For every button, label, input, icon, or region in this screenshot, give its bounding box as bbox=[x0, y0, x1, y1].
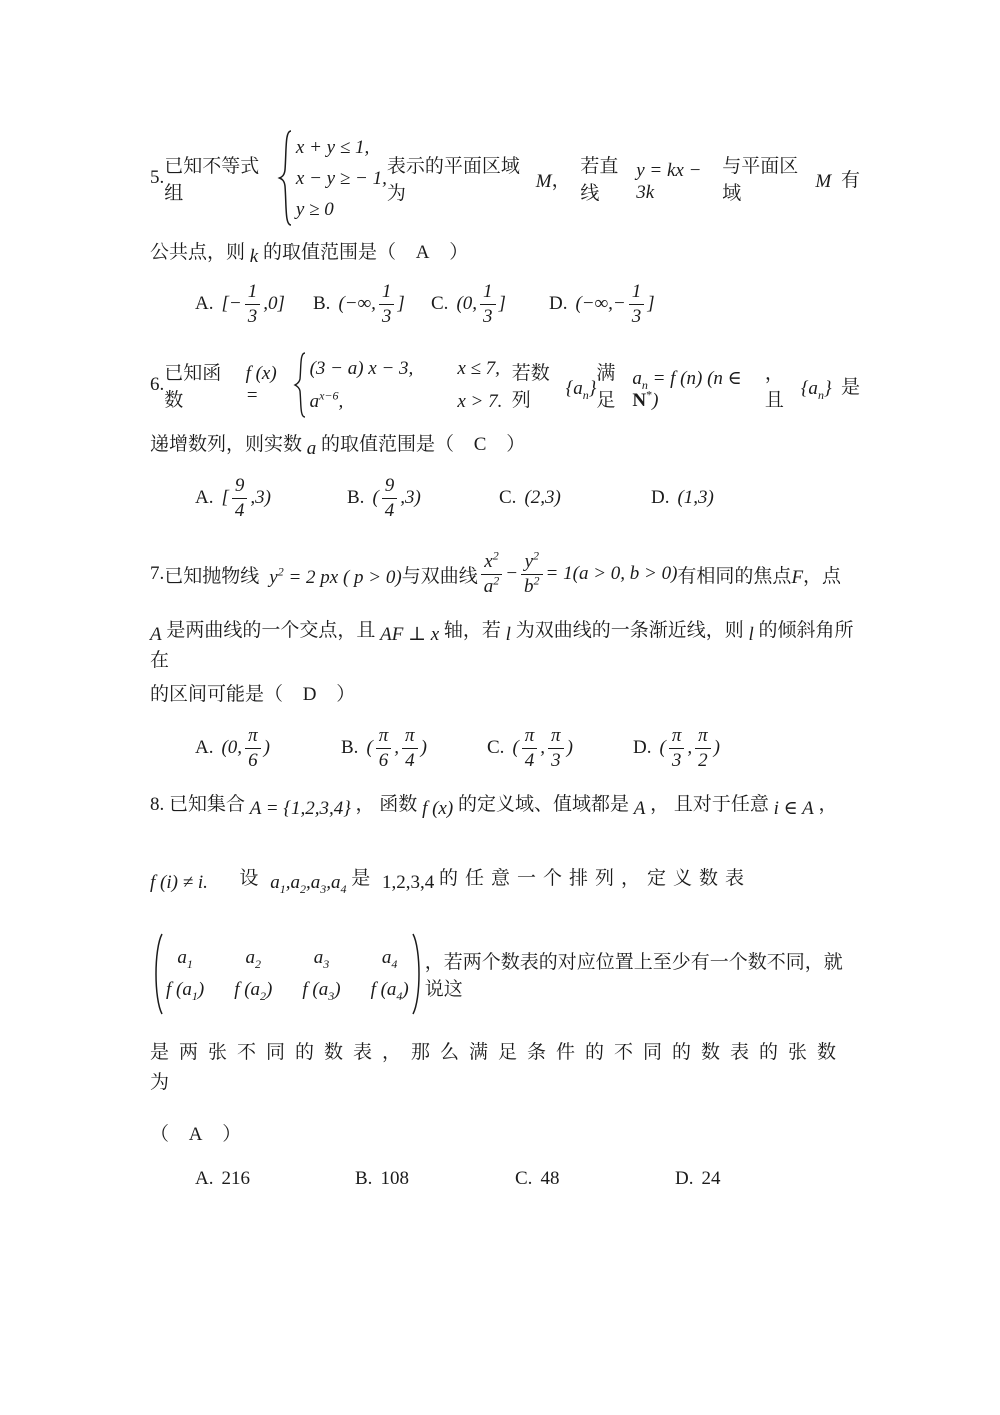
q8-line-5: （ A ） bbox=[150, 1120, 860, 1150]
fraction-denominator: 3 bbox=[548, 749, 564, 772]
q7-number: 7. bbox=[150, 563, 164, 585]
option-label: A. bbox=[195, 737, 213, 759]
q5-line-2: 公共点，则 k 的取值范围是（ A ） bbox=[150, 238, 860, 268]
q7-option-b: B. ( π6 , π4 ) bbox=[341, 725, 487, 772]
option-post: ) bbox=[264, 737, 270, 759]
table-cell: a3 bbox=[302, 947, 340, 969]
domain-open: (n ∈ bbox=[702, 368, 741, 389]
fraction-denominator: 6 bbox=[376, 749, 392, 772]
option-label: A. bbox=[195, 1168, 213, 1190]
var-l: l bbox=[506, 624, 511, 645]
fraction-denominator: 4 bbox=[382, 499, 398, 522]
table-cell: a4 bbox=[371, 947, 409, 969]
q6-line-1: 6. 已知函数 f (x) = (3 − a) x − 3, x ≤ 7, ax… bbox=[150, 346, 860, 424]
q7-point-text: ，点 bbox=[803, 561, 841, 588]
q5-l2-pre: 公共点，则 bbox=[150, 242, 245, 263]
a: a bbox=[382, 947, 392, 968]
option-pre: [ bbox=[221, 487, 228, 509]
fraction-denominator: 4 bbox=[402, 749, 418, 772]
fraction-numerator: π bbox=[548, 725, 564, 749]
y: y bbox=[525, 551, 533, 572]
left-paren-icon bbox=[150, 931, 164, 1017]
question-8: 8. 已知集合 A = {1,2,3,4} ， 函数 f (x) 的定义域、值域… bbox=[150, 790, 860, 1190]
q8-options: A. 216 B. 108 C. 48 D. 24 bbox=[150, 1168, 860, 1190]
piece-cond: x > 7. bbox=[457, 386, 502, 417]
table-cell: f (a3) bbox=[302, 979, 340, 1001]
line-equation: y = kx − 3k bbox=[636, 160, 722, 204]
a: a bbox=[314, 947, 324, 968]
q6-and-text: ，且 bbox=[765, 358, 801, 412]
table-cell: a2 bbox=[234, 947, 272, 969]
fraction-denominator: 4 bbox=[232, 499, 248, 522]
sub-4: 4 bbox=[340, 882, 346, 896]
p-condition: ( p > 0) bbox=[343, 567, 402, 588]
q5-options: A. [− 13 ,0] B. (−∞, 13 ] C. (0, 13 ] D.… bbox=[150, 276, 860, 332]
fraction-denominator: 3 bbox=[245, 305, 261, 328]
q8-text-2: 的定义域、值域都是 bbox=[458, 794, 629, 815]
sub: 4 bbox=[391, 957, 397, 971]
fi-not-equal-i: f (i) ≠ i. bbox=[150, 872, 208, 893]
q5-line-text: 若直线 bbox=[580, 151, 636, 205]
option-post: ) bbox=[714, 737, 720, 759]
q8-number: 8. bbox=[150, 794, 164, 815]
fraction-numerator: π bbox=[402, 725, 418, 749]
q7-l2-text-1: 是两曲线的一个交点，且 bbox=[166, 620, 375, 641]
var-M: M bbox=[815, 171, 831, 193]
a: a bbox=[331, 872, 341, 893]
table-cell: a1 bbox=[166, 947, 204, 969]
piece-cond: x ≤ 7, bbox=[457, 353, 502, 384]
q8-text-6: 是 bbox=[351, 868, 377, 889]
left-brace-icon bbox=[292, 351, 308, 419]
q7-focus-text: 有相同的焦点 bbox=[677, 561, 791, 588]
af-perpendicular: AF ⊥ x bbox=[380, 624, 439, 645]
option-pre: ( bbox=[659, 737, 665, 759]
q6-option-a: A. [ 94 ,3) bbox=[195, 475, 347, 522]
q6-option-c: C. (2,3) bbox=[499, 487, 651, 509]
sub: 1 bbox=[187, 957, 193, 971]
q8-option-b: B. 108 bbox=[355, 1168, 515, 1190]
q5-l2-close: ） bbox=[449, 242, 468, 263]
option-label: B. bbox=[355, 1168, 372, 1190]
squared: 2 bbox=[534, 573, 540, 587]
q6-l2-pre: 递增数列，则实数 bbox=[150, 434, 302, 455]
q6-l2-close: ） bbox=[506, 434, 525, 455]
equals-2px: = 2 px bbox=[284, 567, 343, 588]
option-post: ] bbox=[499, 293, 506, 315]
option-pre: [− bbox=[221, 293, 241, 315]
option-pre: ( bbox=[366, 737, 372, 759]
sub: 3 bbox=[323, 957, 329, 971]
q8-answer: A bbox=[174, 1120, 218, 1150]
option-label: D. bbox=[651, 487, 669, 509]
option-label: A. bbox=[195, 487, 213, 509]
numbers-1234: 1,2,3,4 bbox=[382, 872, 434, 893]
seq-open: {a bbox=[566, 378, 583, 399]
var-l: l bbox=[748, 624, 753, 645]
q7-l3-close: ） bbox=[336, 684, 355, 705]
f-a: f (a bbox=[234, 979, 260, 1000]
question-5: 5. 已知不等式组 x + y ≤ 1, x − y ≥ − 1, y ≥ 0 … bbox=[150, 128, 860, 332]
q8-text-5: 设 bbox=[239, 868, 265, 889]
q5-option-b: B. (−∞, 13 ] bbox=[313, 281, 431, 328]
seq-close: } bbox=[589, 378, 597, 399]
ab-condition: (a > 0, b > 0) bbox=[573, 563, 678, 585]
inequality-system: x + y ≤ 1, x − y ≥ − 1, y ≥ 0 bbox=[296, 132, 387, 225]
q8-text-4: ， bbox=[818, 794, 837, 815]
q6-seq-text: 若数列 bbox=[512, 358, 566, 412]
q6-line-2: 递增数列，则实数 a 的取值范围是（ C ） bbox=[150, 430, 860, 460]
fraction: π3 bbox=[548, 725, 564, 772]
fraction-numerator: π bbox=[245, 725, 261, 749]
q5-option-a: A. [− 13 ,0] bbox=[195, 281, 313, 328]
question-6: 6. 已知函数 f (x) = (3 − a) x − 3, x ≤ 7, ax… bbox=[150, 346, 860, 526]
q8-option-c: C. 48 bbox=[515, 1168, 675, 1190]
fraction: π6 bbox=[376, 725, 392, 772]
q8-line-1: 8. 已知集合 A = {1,2,3,4} ， 函数 f (x) 的定义域、值域… bbox=[150, 790, 860, 820]
fx: f (x) bbox=[422, 798, 453, 819]
option-pre: (0, bbox=[456, 293, 477, 315]
option-label: A. bbox=[195, 293, 213, 315]
piece-expr: (3 − a) x − 3, bbox=[310, 353, 414, 384]
fraction: π4 bbox=[522, 725, 538, 772]
fraction: 13 bbox=[245, 281, 261, 328]
seq-close: } bbox=[824, 378, 832, 399]
var-A: A bbox=[634, 798, 646, 819]
q8-option-a: A. 216 bbox=[195, 1168, 355, 1190]
squared: 2 bbox=[493, 573, 499, 587]
fraction-x2-a2: x2a2 bbox=[481, 551, 503, 598]
var-M: M bbox=[536, 171, 552, 193]
option-label: B. bbox=[313, 293, 330, 315]
q8-line-2: f (i) ≠ i. 设 a1,a2,a3,a4 是 1,2,3,4 的任意一个… bbox=[150, 864, 860, 894]
q5-line-1: 5. 已知不等式组 x + y ≤ 1, x − y ≥ − 1, y ≥ 0 … bbox=[150, 128, 860, 228]
comma: , bbox=[339, 391, 344, 412]
fraction-numerator: π bbox=[695, 725, 711, 749]
equals-one: = 1 bbox=[546, 563, 573, 585]
fraction: π3 bbox=[669, 725, 685, 772]
fraction-denominator: 3 bbox=[480, 305, 496, 328]
option-value: (2,3) bbox=[524, 487, 560, 509]
option-pre: (−∞, bbox=[338, 293, 375, 315]
fraction-numerator: 1 bbox=[629, 281, 645, 305]
option-post: ] bbox=[397, 293, 404, 315]
minus-sign: − bbox=[505, 563, 518, 585]
fraction-numerator: π bbox=[376, 725, 392, 749]
q5-region-text: 与平面区域 bbox=[722, 151, 815, 205]
q5-l2-mid: 的取值范围是（ bbox=[263, 242, 396, 263]
an-equals-fn: an = f (n) (n ∈ N*) bbox=[632, 367, 765, 412]
q8-matrix-line: a1 a2 a3 a4 f (a1) f (a2) f (a3) f (a4) … bbox=[150, 930, 860, 1018]
left-brace-icon bbox=[276, 128, 294, 228]
option-label: D. bbox=[675, 1168, 693, 1190]
q8-text-3: ， 且对于任意 bbox=[650, 794, 769, 815]
fraction-y2-b2: y2b2 bbox=[521, 551, 543, 598]
seq-an: {an} bbox=[566, 378, 597, 400]
a: a bbox=[484, 576, 494, 597]
q8-l4-text: 是两张不同的数表，那么满足条件的不同的数表的张数为 bbox=[150, 1042, 846, 1093]
q7-l2-text-3: 为双曲线的一条渐近线，则 bbox=[516, 620, 744, 641]
table-cell: f (a1) bbox=[166, 979, 204, 1001]
system-row: y ≥ 0 bbox=[296, 194, 387, 225]
fraction-numerator: 1 bbox=[245, 281, 261, 305]
base-a: a bbox=[310, 391, 320, 412]
q7-l2-text-2: 轴，若 bbox=[444, 620, 501, 641]
option-pre: ( bbox=[372, 487, 378, 509]
q7-hyperbola-text: 与双曲线 bbox=[402, 561, 478, 588]
q6-option-d: D. (1,3) bbox=[651, 487, 803, 509]
option-pre: ( bbox=[512, 737, 518, 759]
a: a bbox=[311, 872, 321, 893]
close: ) bbox=[334, 979, 340, 1000]
an: a bbox=[632, 368, 642, 389]
y: y bbox=[269, 567, 277, 588]
squared: 2 bbox=[533, 548, 539, 562]
fraction: π6 bbox=[245, 725, 261, 772]
q6-is-text: 是 bbox=[841, 372, 860, 399]
option-pre: (0, bbox=[221, 737, 242, 759]
q7-line-1: 7. 已知抛物线 y2 = 2 px ( p > 0) 与双曲线 x2a2 − … bbox=[150, 538, 860, 610]
option-value: 108 bbox=[380, 1168, 409, 1190]
seq-open: {a bbox=[801, 378, 818, 399]
question-7: 7. 已知抛物线 y2 = 2 px ( p > 0) 与双曲线 x2a2 − … bbox=[150, 538, 860, 776]
fraction: π4 bbox=[402, 725, 418, 772]
q8-l5-pre: （ bbox=[150, 1124, 169, 1145]
right-paren-icon bbox=[411, 931, 425, 1017]
table-cell: f (a2) bbox=[234, 979, 272, 1001]
exam-page: 5. 已知不等式组 x + y ≤ 1, x − y ≥ − 1, y ≥ 0 … bbox=[0, 0, 1000, 1415]
q6-answer: C bbox=[459, 430, 502, 460]
option-comma: , bbox=[394, 737, 399, 759]
parabola-equation: y2 = 2 px ( p > 0) bbox=[269, 567, 401, 589]
fn: = f (n) bbox=[648, 368, 703, 389]
system-row: x + y ≤ 1, bbox=[296, 132, 387, 163]
fraction-denominator: 4 bbox=[522, 749, 538, 772]
q6-number: 6. bbox=[150, 374, 164, 396]
q5-have-text: 有 bbox=[841, 165, 860, 192]
table-cell: f (a4) bbox=[371, 979, 409, 1001]
q7-answer: D bbox=[288, 680, 332, 710]
q8-line-4: 是两张不同的数表，那么满足条件的不同的数表的张数为 bbox=[150, 1038, 860, 1098]
fraction-numerator: y2 bbox=[521, 551, 543, 575]
fraction-denominator: 2 bbox=[695, 749, 711, 772]
piecewise-function: (3 − a) x − 3, x ≤ 7, ax−6, x > 7. bbox=[310, 353, 503, 417]
q7-line-3: 的区间可能是（ D ） bbox=[150, 680, 860, 710]
fraction-denominator: 3 bbox=[629, 305, 645, 328]
fraction: 94 bbox=[232, 475, 248, 522]
close: ) bbox=[198, 979, 204, 1000]
fraction-numerator: x2 bbox=[481, 551, 503, 575]
fraction-numerator: 1 bbox=[379, 281, 395, 305]
fraction-denominator: a2 bbox=[481, 575, 503, 598]
fraction: π2 bbox=[695, 725, 711, 772]
i-in-A: i ∈ A bbox=[774, 798, 814, 819]
fraction: 13 bbox=[629, 281, 645, 328]
f-a: f (a bbox=[166, 979, 192, 1000]
close: ) bbox=[266, 979, 272, 1000]
fraction-denominator: 3 bbox=[379, 305, 395, 328]
f-a: f (a bbox=[371, 979, 397, 1000]
q7-l3-pre: 的区间可能是（ bbox=[150, 684, 283, 705]
q7-option-a: A. (0, π6 ) bbox=[195, 725, 341, 772]
q8-after-matrix-text: ，若两个数表的对应位置上至少有一个数不同，就说这 bbox=[425, 947, 860, 1001]
option-label: C. bbox=[515, 1168, 532, 1190]
exponent: x−6 bbox=[319, 389, 338, 403]
q8-text-7: 的任意一个排列，定义数表 bbox=[439, 868, 751, 889]
fraction-denominator: b2 bbox=[521, 575, 543, 598]
option-value: 24 bbox=[701, 1168, 720, 1190]
q5-lead-text: 已知不等式组 bbox=[164, 151, 276, 205]
var-k: k bbox=[250, 246, 258, 267]
option-label: D. bbox=[549, 293, 567, 315]
option-value: 48 bbox=[540, 1168, 559, 1190]
option-value: (1,3) bbox=[677, 487, 713, 509]
f-a: f (a bbox=[302, 979, 328, 1000]
permutation-sequence: a1,a2,a3,a4 bbox=[270, 872, 346, 893]
fraction: 13 bbox=[480, 281, 496, 328]
option-post: ,0] bbox=[263, 293, 285, 315]
option-pre: (−∞,− bbox=[575, 293, 625, 315]
system-row: x − y ≥ − 1, bbox=[296, 163, 387, 194]
a: a bbox=[177, 947, 187, 968]
option-value: 216 bbox=[221, 1168, 250, 1190]
fraction-denominator: 6 bbox=[245, 749, 261, 772]
squared: 2 bbox=[493, 548, 499, 562]
a: a bbox=[290, 872, 300, 893]
option-post: ,3) bbox=[400, 487, 421, 509]
q6-option-b: B. ( 94 ,3) bbox=[347, 475, 499, 522]
fraction-numerator: 9 bbox=[232, 475, 248, 499]
q6-satisfy-text: 满足 bbox=[596, 358, 632, 412]
option-label: B. bbox=[341, 737, 358, 759]
q5-comma: ， bbox=[552, 165, 571, 192]
q7-options: A. (0, π6 ) B. ( π6 , π4 ) C. ( π4 , π3 … bbox=[150, 720, 860, 776]
piece-expr: ax−6, bbox=[310, 386, 414, 417]
option-post: ) bbox=[567, 737, 573, 759]
q5-option-c: C. (0, 13 ] bbox=[431, 281, 549, 328]
q7-line-2: A 是两曲线的一个交点，且 AF ⊥ x 轴，若 l 为双曲线的一条渐近线，则 … bbox=[150, 616, 860, 676]
option-label: C. bbox=[487, 737, 504, 759]
fraction-denominator: 3 bbox=[669, 749, 685, 772]
fraction-numerator: 1 bbox=[480, 281, 496, 305]
fraction: 94 bbox=[382, 475, 398, 522]
var-a: a bbox=[307, 438, 317, 459]
fraction-numerator: 9 bbox=[382, 475, 398, 499]
set-N: N bbox=[632, 390, 646, 411]
q6-l2-mid: 的取值范围是（ bbox=[321, 434, 454, 455]
close: ) bbox=[402, 979, 408, 1000]
option-label: B. bbox=[347, 487, 364, 509]
fraction: 13 bbox=[379, 281, 395, 328]
fraction-numerator: π bbox=[669, 725, 685, 749]
q5-after-system-text: 表示的平面区域为 bbox=[387, 151, 536, 205]
seq-an: {an} bbox=[801, 378, 832, 400]
domain-close: ) bbox=[652, 390, 658, 411]
fx-equals: f (x) = bbox=[246, 363, 292, 407]
q7-lead-text: 已知抛物线 bbox=[164, 561, 259, 588]
q6-lead-text: 已知函数 bbox=[164, 358, 236, 412]
fraction-numerator: π bbox=[522, 725, 538, 749]
a: a bbox=[270, 872, 280, 893]
b: b bbox=[524, 576, 534, 597]
x: x bbox=[484, 551, 492, 572]
q5-number: 5. bbox=[150, 167, 164, 189]
option-post: ) bbox=[421, 737, 427, 759]
q8-lead-text: 已知集合 bbox=[169, 794, 245, 815]
a: a bbox=[246, 947, 256, 968]
option-label: D. bbox=[633, 737, 651, 759]
q7-option-c: C. ( π4 , π3 ) bbox=[487, 725, 633, 772]
sub: 2 bbox=[255, 957, 261, 971]
q6-options: A. [ 94 ,3) B. ( 94 ,3) C. (2,3) D. (1,3… bbox=[150, 470, 860, 526]
q5-answer: A bbox=[401, 238, 445, 268]
q8-option-d: D. 24 bbox=[675, 1168, 835, 1190]
number-table: a1 a2 a3 a4 f (a1) f (a2) f (a3) f (a4) bbox=[166, 947, 409, 1001]
q8-l5-close: ） bbox=[222, 1124, 241, 1145]
option-post: ] bbox=[647, 293, 654, 315]
q7-option-d: D. ( π3 , π2 ) bbox=[633, 725, 779, 772]
var-A: A bbox=[150, 624, 162, 645]
option-comma: , bbox=[687, 737, 692, 759]
q8-text-1: ， 函数 bbox=[356, 794, 418, 815]
set-A-definition: A = {1,2,3,4} bbox=[250, 798, 351, 819]
option-label: C. bbox=[431, 293, 448, 315]
var-F: F bbox=[791, 567, 803, 589]
q5-option-d: D. (−∞,− 13 ] bbox=[549, 281, 667, 328]
option-label: C. bbox=[499, 487, 516, 509]
option-comma: , bbox=[540, 737, 545, 759]
option-post: ,3) bbox=[250, 487, 271, 509]
